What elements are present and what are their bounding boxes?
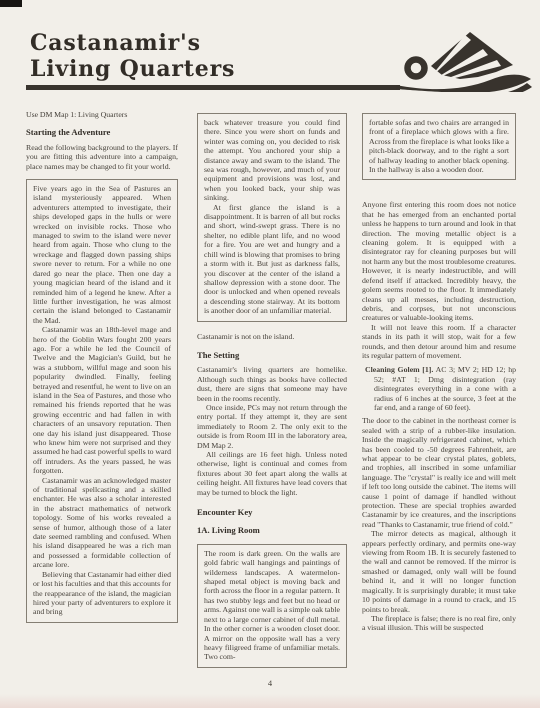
boxed-paragraph: The room is dark green. On the walls are… <box>204 549 340 662</box>
dm-note: Castanamir is not on the island. <box>197 332 347 341</box>
heading-starting-the-adventure: Starting the Adventure <box>26 128 178 137</box>
boxed-read-aloud-text: fortable sofas and two chairs are arrang… <box>362 113 516 180</box>
dm-map-note: Use DM Map 1: Living Quarters <box>26 110 178 119</box>
boxed-read-aloud-text: back whatever treasure you could find th… <box>197 113 347 322</box>
paragraph: The mirror detects as magical, although … <box>362 529 516 614</box>
boxed-paragraph: Castanamir was an 18th-level mage and he… <box>33 325 171 476</box>
intro-paragraph: Read the following background to the pla… <box>26 143 178 171</box>
column-right: fortable sofas and two chairs are arrang… <box>362 113 516 633</box>
boxed-paragraph: fortable sofas and two chairs are arrang… <box>369 118 509 174</box>
paragraph: It will not leave this room. If a charac… <box>362 323 516 361</box>
title-rule <box>26 85 400 90</box>
ribbon-swoosh-ornament-icon <box>392 30 537 92</box>
boxed-paragraph: At first glance the island is a disappoi… <box>204 203 340 316</box>
paragraph: The door to the cabinet in the northeast… <box>362 416 516 529</box>
boxed-read-aloud-text: The room is dark green. On the walls are… <box>197 544 347 668</box>
heading-1a-living-room: 1A. Living Room <box>197 526 347 535</box>
paragraph: Anyone first entering this room does not… <box>362 200 516 322</box>
column-left: Use DM Map 1: Living Quarters Starting t… <box>26 110 178 623</box>
page-title: Castanamir's Living Quarters <box>30 30 370 82</box>
page-title-line1: Castanamir's <box>30 30 370 56</box>
scan-artifact-bar <box>0 0 22 7</box>
paragraph: Once inside, PCs may not return through … <box>197 403 347 450</box>
monster-name: Cleaning Golem [1]. <box>365 365 433 374</box>
heading-encounter-key: Encounter Key <box>197 508 347 517</box>
boxed-read-aloud-text: Five years ago in the Sea of Pastures an… <box>26 179 178 623</box>
page-title-line2: Living Quarters <box>30 56 370 82</box>
paragraph: The fireplace is false; there is no real… <box>362 614 516 633</box>
boxed-paragraph: Castanamir was an acknowledged master of… <box>33 476 171 570</box>
boxed-paragraph: back whatever treasure you could find th… <box>204 118 340 203</box>
column-middle: back whatever treasure you could find th… <box>197 113 347 668</box>
monster-stat-block: Cleaning Golem [1]. AC 3; MV 2; HD 12; h… <box>365 365 516 412</box>
page-number: 4 <box>0 678 540 688</box>
boxed-paragraph: Believing that Castanamir had either die… <box>33 570 171 617</box>
paragraph: Castanamir's living quarters are homelik… <box>197 365 347 403</box>
paragraph: All ceilings are 16 feet high. Unless no… <box>197 450 347 497</box>
heading-the-setting: The Setting <box>197 351 347 360</box>
boxed-paragraph: Five years ago in the Sea of Pastures an… <box>33 184 171 325</box>
scanned-module-page: Castanamir's Living Quarters Use DM Map … <box>0 0 540 708</box>
